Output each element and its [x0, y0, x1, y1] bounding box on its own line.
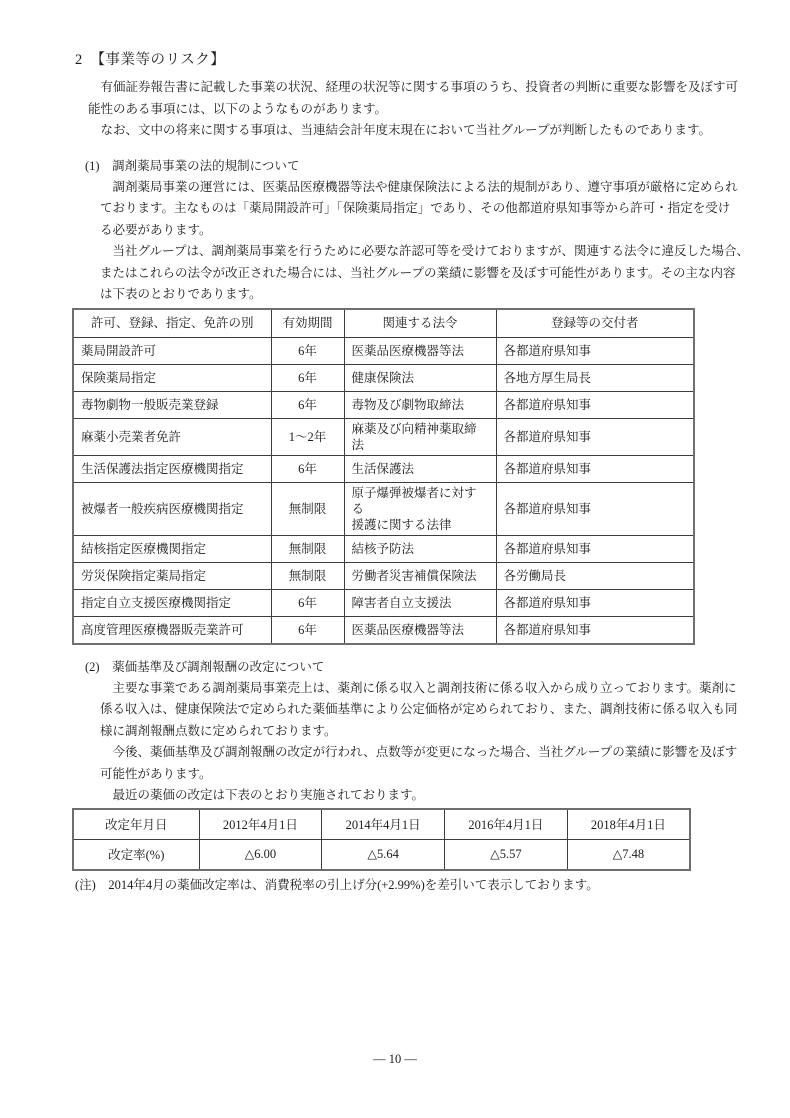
cell-validity-period: 6年 — [271, 616, 344, 644]
cell-permit-name: 毒物劇物一般販売業登録 — [73, 391, 271, 418]
table-row: 毒物劇物一般販売業登録 6年 毒物及び劇物取締法 各都道府県知事 — [73, 391, 694, 418]
text-line: 係る収入は、健康保険法で定められた薬価基準により公定価格が定められており、また、… — [100, 699, 790, 721]
cell-permit-name: 保険薬局指定 — [73, 364, 271, 391]
cell-issuer: 各都道府県知事 — [496, 418, 694, 455]
text-line: 最近の薬価の改定は下表のとおり実施されております。 — [100, 785, 790, 807]
cell-issuer: 各労働局長 — [496, 562, 694, 589]
cell-issuer: 各都道府県知事 — [496, 337, 694, 364]
table-header-row: 許可、登録、指定、免許の別 有効期間 関連する法令 登録等の交付者 — [73, 309, 694, 338]
cell-issuer: 各都道府県知事 — [496, 535, 694, 562]
text-line: 可能性があります。 — [100, 764, 790, 786]
cell-issuer: 各都道府県知事 — [496, 589, 694, 616]
subsection-2-heading: (2) 薬価基準及び調剤報酬の改定について — [85, 657, 790, 678]
cell-issuer: 各地方厚生局長 — [496, 364, 694, 391]
cell-revision-rate-label: 改定率(%) — [73, 839, 199, 870]
price-revision-table: 改定年月日 2012年4月1日 2014年4月1日 2016年4月1日 2018… — [72, 808, 691, 871]
cell-related-law: 労働者災害補償保険法 — [344, 562, 496, 589]
text-line: またはこれらの法令が改正された場合には、当社グループの業績に影響を及ぼす可能性が… — [100, 263, 790, 285]
cell-related-law: 生活保護法 — [344, 455, 496, 482]
table-footnote: (注) 2014年4月の薬価改定率は、消費税率の引上げ分(+2.99%)を差引い… — [75, 876, 790, 894]
text-line: 主要な事業である調剤薬局事業売上は、薬剤に係る収入と調剤技術に係る収入から成り立… — [100, 678, 790, 700]
subsection-1-body: 調剤薬局事業の運営には、医薬品医療機器等法や健康保険法による法的規制があり、遵守… — [100, 177, 790, 306]
cell-related-law: 毒物及び劇物取締法 — [344, 391, 496, 418]
table-row: 保険薬局指定 6年 健康保険法 各地方厚生局長 — [73, 364, 694, 391]
intro-paragraph: 有価証券報告書に記載した事業の状況、経理の状況等に関する事項のうち、投資者の判断… — [88, 77, 790, 142]
col-header-permit-type: 許可、登録、指定、免許の別 — [73, 309, 271, 338]
subsection-1-heading: (1) 調剤薬局事業の法的規制について — [85, 156, 790, 177]
cell-validity-period: 6年 — [271, 364, 344, 391]
text-line: は下表のとおりであります。 — [100, 284, 790, 306]
cell-issuer: 各都道府県知事 — [496, 616, 694, 644]
cell-permit-name: 結核指定医療機関指定 — [73, 535, 271, 562]
cell-validity-period: 無制限 — [271, 535, 344, 562]
cell-revision-date: 2016年4月1日 — [445, 809, 568, 840]
cell-related-law: 医薬品医療機器等法 — [344, 337, 496, 364]
table-row: 結核指定医療機関指定 無制限 結核予防法 各都道府県知事 — [73, 535, 694, 562]
page-number: ― 10 ― — [0, 1052, 790, 1067]
table-row: 生活保護法指定医療機関指定 6年 生活保護法 各都道府県知事 — [73, 455, 694, 482]
cell-permit-name: 指定自立支援医療機関指定 — [73, 589, 271, 616]
table-row: 麻薬小売業者免許 1～2年 麻薬及び向精神薬取締法 各都道府県知事 — [73, 418, 694, 455]
cell-issuer: 各都道府県知事 — [496, 391, 694, 418]
cell-validity-period: 6年 — [271, 391, 344, 418]
cell-validity-period: 6年 — [271, 455, 344, 482]
cell-permit-name: 生活保護法指定医療機関指定 — [73, 455, 271, 482]
col-header-validity-period: 有効期間 — [271, 309, 344, 338]
legal-permits-table: 許可、登録、指定、免許の別 有効期間 関連する法令 登録等の交付者 薬局開設許可… — [72, 308, 695, 645]
cell-validity-period: 無制限 — [271, 482, 344, 535]
cell-related-law: 結核予防法 — [344, 535, 496, 562]
cell-revision-rate: △5.57 — [445, 839, 568, 870]
table-row: 改定率(%) △6.00 △5.64 △5.57 △7.48 — [73, 839, 690, 870]
text-line: る必要があります。 — [100, 220, 790, 242]
cell-validity-period: 6年 — [271, 337, 344, 364]
table-row: 指定自立支援医療機関指定 6年 障害者自立支援法 各都道府県知事 — [73, 589, 694, 616]
subsection-2-body: 主要な事業である調剤薬局事業売上は、薬剤に係る収入と調剤技術に係る収入から成り立… — [100, 678, 790, 807]
text-line: 有価証券報告書に記載した事業の状況、経理の状況等に関する事項のうち、投資者の判断… — [88, 77, 790, 99]
cell-related-law: 障害者自立支援法 — [344, 589, 496, 616]
cell-related-law: 麻薬及び向精神薬取締法 — [344, 418, 496, 455]
cell-revision-date-label: 改定年月日 — [73, 809, 199, 840]
cell-validity-period: 無制限 — [271, 562, 344, 589]
text-line: なお、文中の将来に関する事項は、当連結会計年度末現在において当社グループが判断し… — [88, 120, 790, 142]
col-header-issuer: 登録等の交付者 — [496, 309, 694, 338]
cell-revision-rate: △7.48 — [567, 839, 690, 870]
cell-revision-date: 2014年4月1日 — [322, 809, 445, 840]
cell-revision-date: 2018年4月1日 — [567, 809, 690, 840]
text-line: 今後、薬価基準及び調剤報酬の改定が行われ、点数等が変更になった場合、当社グループ… — [100, 742, 790, 764]
text-line: 様に調剤報酬点数に定められております。 — [100, 721, 790, 743]
cell-revision-date: 2012年4月1日 — [199, 809, 322, 840]
text-line: 能性のある事項には、以下のようなものがあります。 — [88, 99, 790, 121]
table-row: 薬局開設許可 6年 医薬品医療機器等法 各都道府県知事 — [73, 337, 694, 364]
cell-validity-period: 6年 — [271, 589, 344, 616]
text-line: 当社グループは、調剤薬局事業を行うために必要な許認可等を受けておりますが、関連す… — [100, 241, 790, 263]
cell-permit-name: 薬局開設許可 — [73, 337, 271, 364]
cell-revision-rate: △5.64 — [322, 839, 445, 870]
cell-related-law: 健康保険法 — [344, 364, 496, 391]
cell-permit-name: 高度管理医療機器販売業許可 — [73, 616, 271, 644]
text-line: ております。主なものは「薬局開設許可」「保険薬局指定」であり、その他都道府県知事… — [100, 198, 790, 220]
table-row: 高度管理医療機器販売業許可 6年 医薬品医療機器等法 各都道府県知事 — [73, 616, 694, 644]
text-line: 調剤薬局事業の運営には、医薬品医療機器等法や健康保険法による法的規制があり、遵守… — [100, 177, 790, 199]
cell-related-law: 医薬品医療機器等法 — [344, 616, 496, 644]
cell-validity-period: 1～2年 — [271, 418, 344, 455]
document-page: 2 【事業等のリスク】 有価証券報告書に記載した事業の状況、経理の状況等に関する… — [0, 0, 790, 1118]
table-header-row: 改定年月日 2012年4月1日 2014年4月1日 2016年4月1日 2018… — [73, 809, 690, 840]
table-row: 被爆者一般疾病医療機関指定 無制限 原子爆弾被爆者に対する 援護に関する法律 各… — [73, 482, 694, 535]
page-title: 2 【事業等のリスク】 — [75, 0, 790, 70]
cell-related-law: 原子爆弾被爆者に対する 援護に関する法律 — [344, 482, 496, 535]
table-row: 労災保険指定薬局指定 無制限 労働者災害補償保険法 各労働局長 — [73, 562, 694, 589]
cell-issuer: 各都道府県知事 — [496, 455, 694, 482]
col-header-related-law: 関連する法令 — [344, 309, 496, 338]
cell-issuer: 各都道府県知事 — [496, 482, 694, 535]
cell-permit-name: 被爆者一般疾病医療機関指定 — [73, 482, 271, 535]
cell-permit-name: 麻薬小売業者免許 — [73, 418, 271, 455]
cell-permit-name: 労災保険指定薬局指定 — [73, 562, 271, 589]
cell-revision-rate: △6.00 — [199, 839, 322, 870]
